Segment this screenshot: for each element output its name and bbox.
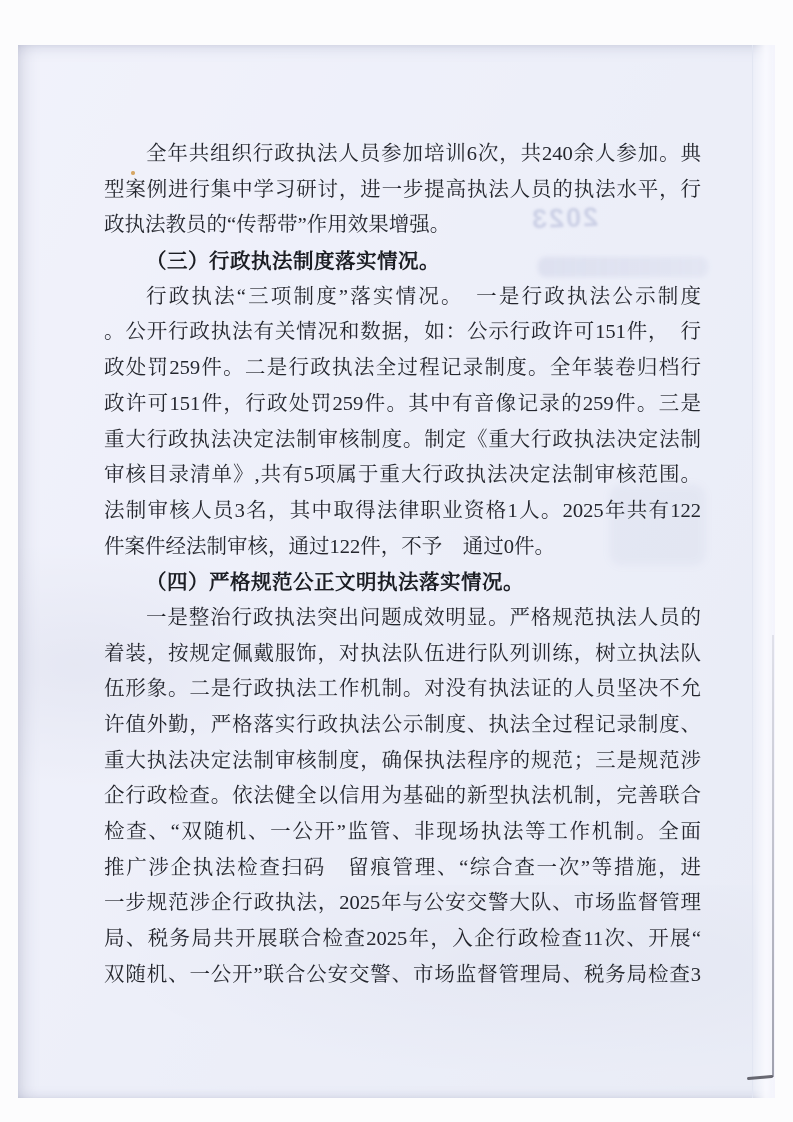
text-line: 政处罚259件。二是行政执法全过程记录制度。全年装卷归档行 <box>104 351 701 387</box>
text-line: 。公开行政执法有关情况和数据，如：公示行政许可151件， 行 <box>104 315 701 351</box>
document-text: 全年共组织行政执法人员参加培训6次，共240余人参加。典 型案例进行集中学习研讨… <box>104 137 701 994</box>
text-line: 推广涉企执法检查扫码 留痕管理、“综合查一次”等措施，进 <box>104 851 701 887</box>
text-line: 重大行政执法决定法制审核制度。制定《重大行政执法决定法制 <box>104 423 701 459</box>
text-line: 政许可151件，行政处罚259件。其中有音像记录的259件。三是 <box>104 387 701 423</box>
text-line: 双随机、一公开”联合公安交警、市场监督管理局、税务局检查3 <box>104 958 701 994</box>
text-line: 着装，按规定佩戴服饰，对执法队伍进行队列训练，树立执法队 <box>104 637 701 673</box>
text-line: 重大执法决定法制审核制度，确保执法程序的规范；三是规范涉 <box>104 744 701 780</box>
text-line: 审核目录清单》,共有5项属于重大行政执法决定法制审核范围。 <box>104 458 701 494</box>
section-heading: （四）严格规范公正文明执法落实情况。 <box>104 565 701 601</box>
scanned-page: 2023 全年共组织行政执法人员参加培训6次，共240余人参加。典 型案例进行集… <box>18 45 775 1098</box>
section-heading: （三）行政执法制度落实情况。 <box>104 244 701 280</box>
text-line: 一步规范涉企行政执法，2025年与公安交警大队、市场监督管理 <box>104 886 701 922</box>
text-line: 许值外勤，严格落实行政执法公示制度、执法全过程记录制度、 <box>104 708 701 744</box>
text-line: 一是整治行政执法突出问题成效明显。严格规范执法人员的 <box>104 601 701 637</box>
text-line: 局、税务局共开展联合检查2025年，入企行政检查11次、开展“ <box>104 922 701 958</box>
text-line: 企行政检查。依法健全以信用为基础的新型执法机制，完善联合 <box>104 779 701 815</box>
paper-edge-shadow <box>772 635 774 1077</box>
text-line: 全年共组织行政执法人员参加培训6次，共240余人参加。典 <box>104 137 701 173</box>
text-line: 检查、“双随机、一公开”监管、非现场执法等工作机制。全面 <box>104 815 701 851</box>
text-line: 件案件经法制审核，通过122件，不予 通过0件。 <box>104 530 701 566</box>
text-line: 型案例进行集中学习研讨，进一步提高执法人员的执法水平，行 <box>104 173 701 209</box>
text-line: 行政执法“三项制度”落实情况。 一是行政执法公示制度 <box>104 280 701 316</box>
text-line: 伍形象。二是行政执法工作机制。对没有执法证的人员坚决不允 <box>104 672 701 708</box>
text-line: 政执法教员的“传帮带”作用效果增强。 <box>104 208 701 244</box>
text-line: 法制审核人员3名，其中取得法律职业资格1人。2025年共有122 <box>104 494 701 530</box>
